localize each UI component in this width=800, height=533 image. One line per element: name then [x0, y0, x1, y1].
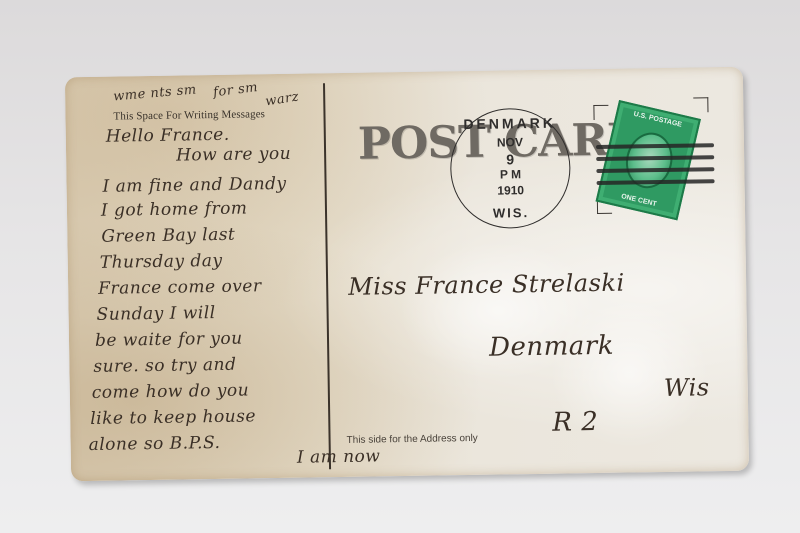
center-divider: [323, 83, 331, 469]
address-route: R 2: [552, 407, 598, 438]
message-line: be waite for you: [95, 329, 243, 351]
postmark: DENMARK NOV 9 P M 1910 WIS.: [449, 107, 571, 229]
message-line: come how do you: [92, 380, 250, 402]
message-line: Thursday day: [100, 251, 223, 273]
postmark-day: 9: [451, 150, 569, 168]
message-line: Green Bay last: [101, 225, 235, 247]
address-city: Denmark: [489, 331, 614, 363]
address-state: Wis: [664, 373, 710, 402]
postmark-time: P M: [451, 166, 569, 182]
message-line: like to keep house: [90, 406, 256, 429]
message-line: sure. so try and: [93, 355, 236, 377]
message-header-line: warz: [264, 89, 300, 109]
message-line: I am now: [297, 446, 381, 467]
message-line: alone so B.P.S.: [88, 433, 220, 455]
postmark-month: NOV: [451, 134, 569, 150]
address-side-label: This side for the Address only: [347, 433, 478, 446]
address-name: Miss France Strelaski: [348, 269, 625, 301]
message-line: I got home from: [101, 198, 248, 220]
message-header-line: wme nts sm: [113, 82, 198, 104]
message-header-line: for sm: [212, 80, 258, 100]
writing-space-label: This Space For Writing Messages: [113, 108, 265, 122]
message-line: I am fine and Dandy: [102, 174, 286, 197]
stamp-top-text: U.S. POSTAGE: [618, 107, 698, 132]
message-line: Hello France.: [106, 125, 230, 147]
message-line: Sunday I will: [96, 303, 215, 325]
postcard: wme nts sm for sm warz This Space For Wr…: [65, 67, 749, 482]
message-line: How are you: [176, 144, 291, 166]
postmark-year: 1910: [452, 182, 570, 198]
postmark-state: WIS.: [452, 204, 570, 221]
message-line: France come over: [98, 276, 262, 299]
stamp-box-corner-icon: [593, 105, 608, 120]
postmark-town: DENMARK: [451, 114, 569, 132]
stamp-box-corner-icon: [693, 97, 708, 112]
